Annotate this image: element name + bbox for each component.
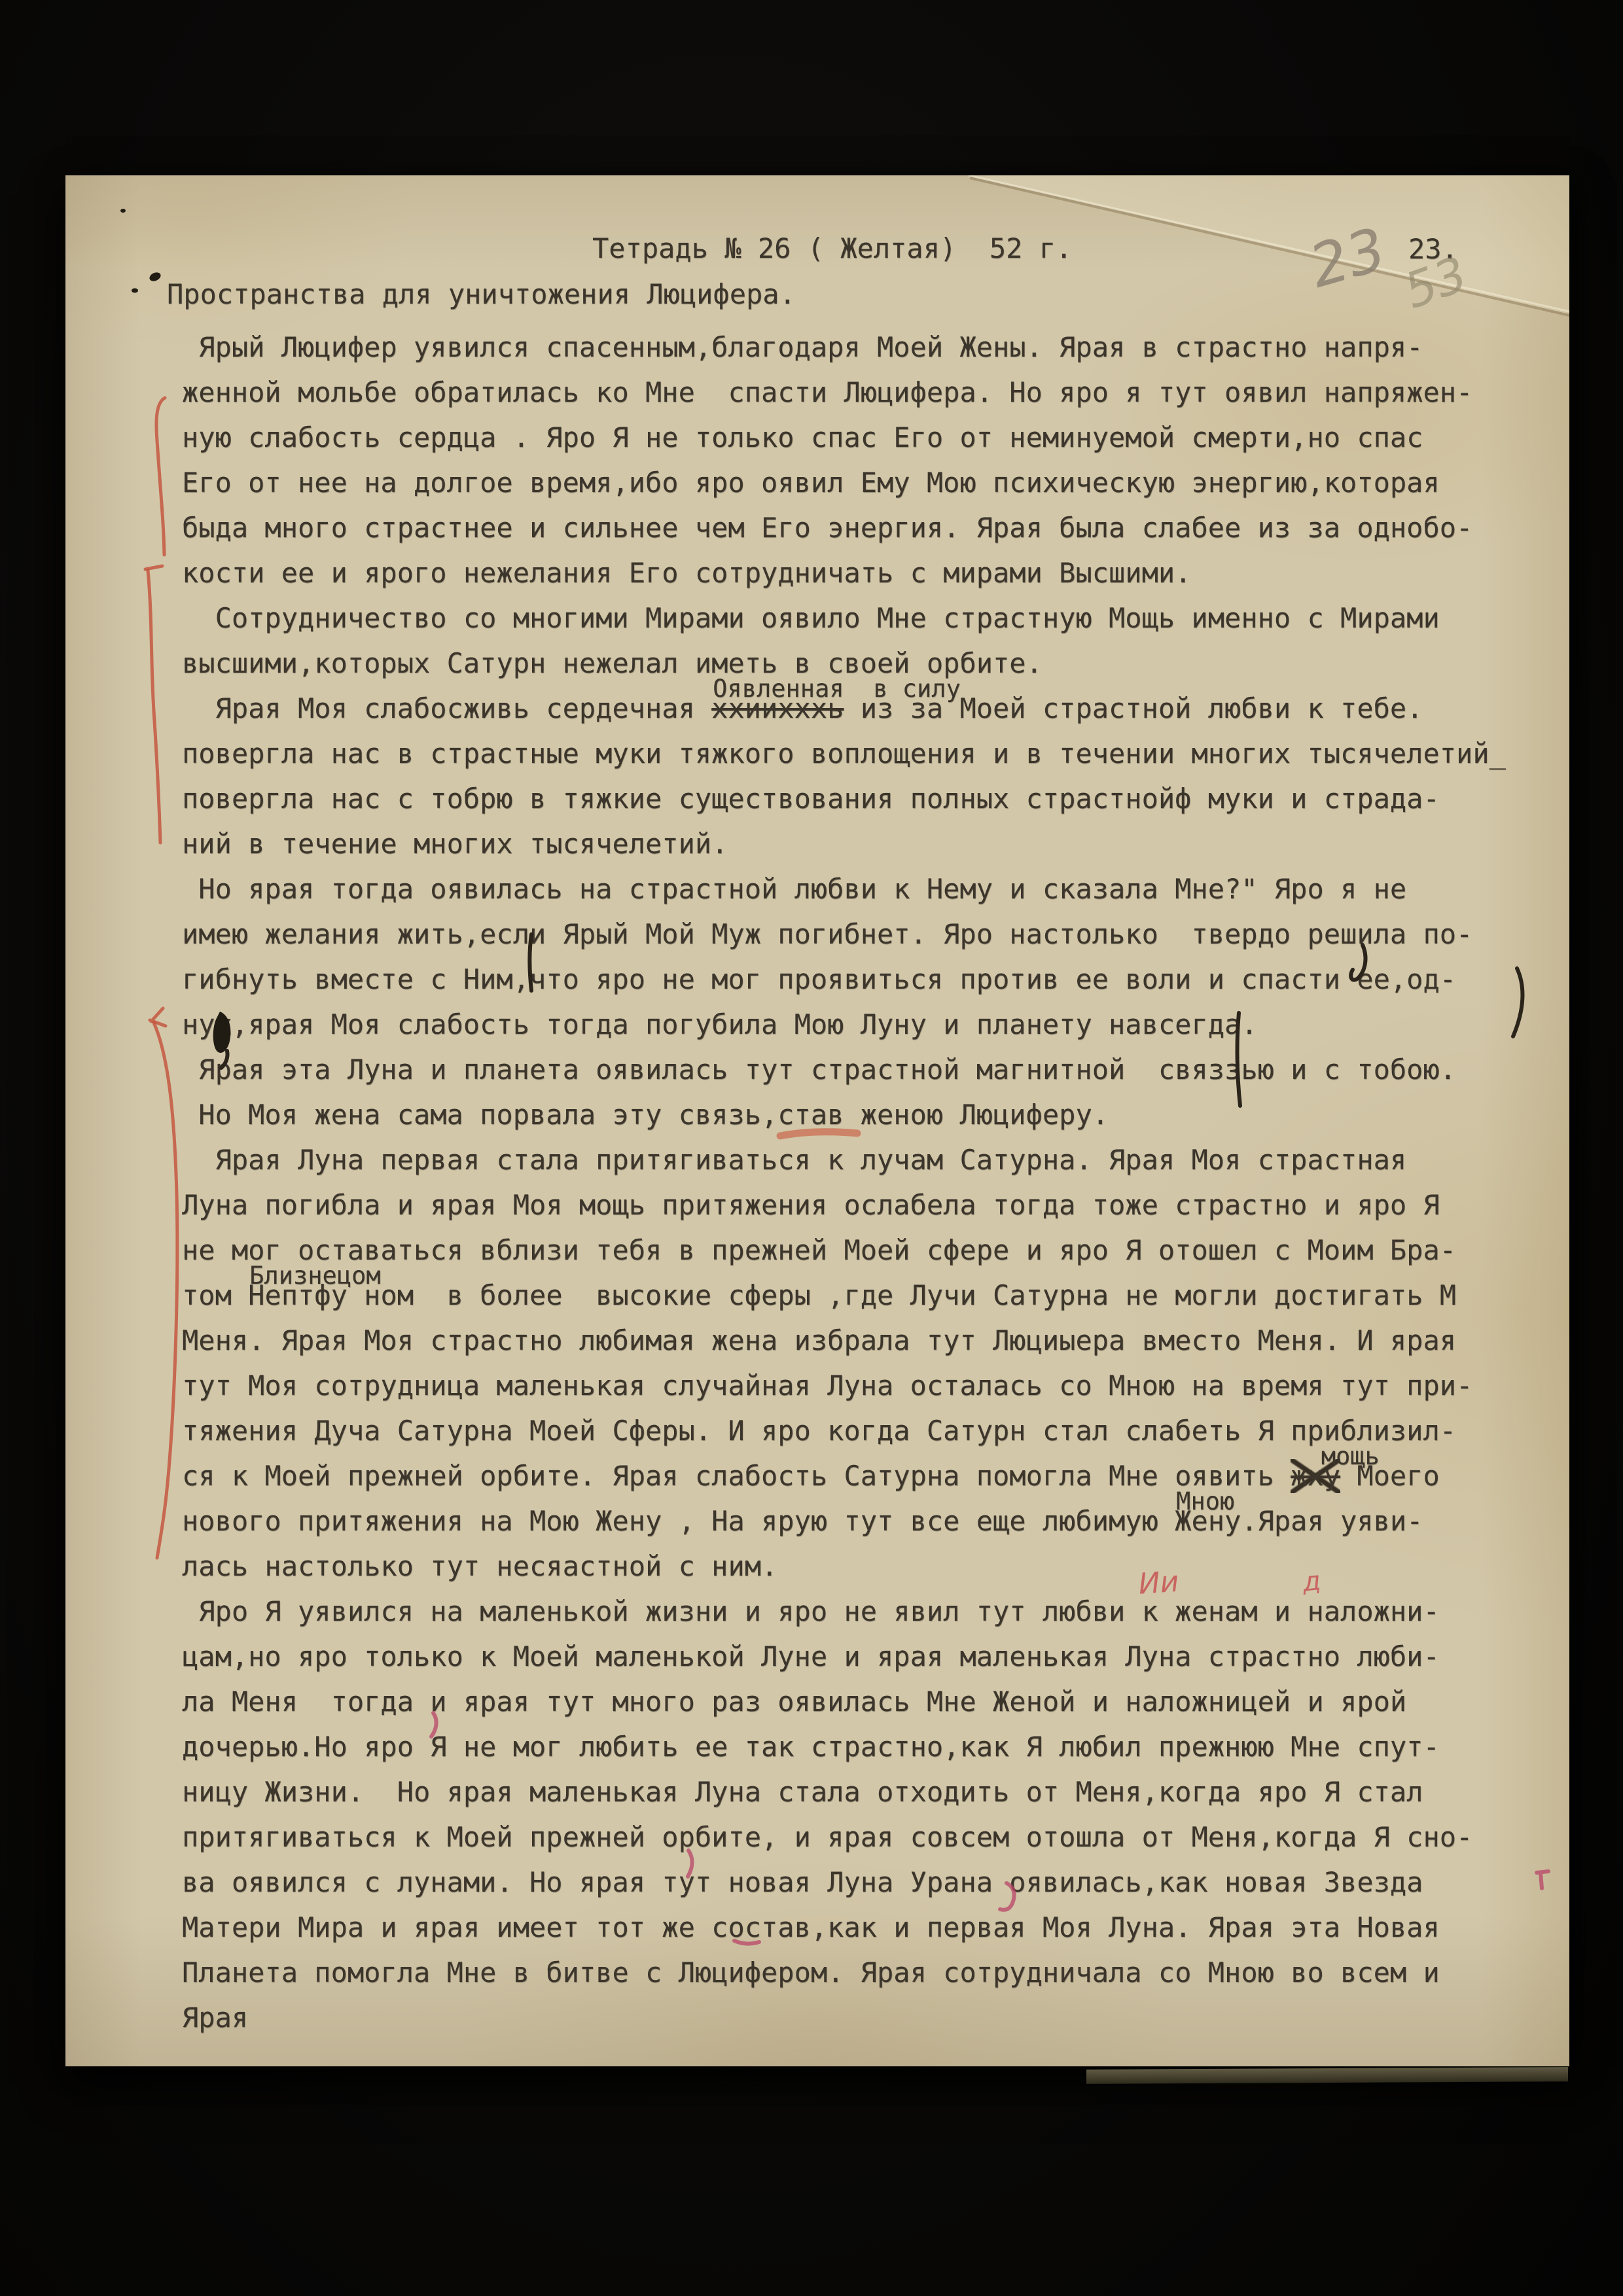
typed-text: ную слабость сердца . Яро Я не только сп…	[182, 421, 1423, 455]
typed-text: лась настолько тут несяастной с ним.	[182, 1549, 777, 1583]
typed-text: Моего	[1340, 1459, 1440, 1493]
text-line: Его от нее на долгое время,ибо яро оявил…	[182, 466, 1440, 511]
interline-insertion: Мною	[1176, 1485, 1234, 1519]
text-line: ную слабость сердца . Яро Я не только сп…	[182, 421, 1423, 466]
typed-text-block: Ярый Люцифер уявился спасенным,благодаря…	[182, 330, 1576, 2045]
typed-text: цам,но яро только к Моей маленькой Луне …	[182, 1640, 1440, 1674]
text-line: ва оявился с лунами. Но ярая тут новая Л…	[182, 1865, 1423, 1911]
text-line: Но Моя жена сама порвала эту связь,став …	[182, 1098, 1109, 1143]
text-line: лась настолько тут несяастной с ним.	[182, 1549, 777, 1595]
text-line: имею желания жить,если Ярый Мой Муж поги…	[182, 917, 1472, 963]
typed-text: из за Моей страстной любви к тебе.	[844, 692, 1423, 726]
text-line: ницу Жизни. Но ярая маленькая Луна стала…	[182, 1775, 1423, 1820]
text-line: Планета помогла Мне в битве с Люцифером.…	[182, 1956, 1440, 2001]
struck-text: жху мощь	[1291, 1459, 1340, 1493]
text-line: Сотрудничество со многими Мирами оявило …	[182, 601, 1440, 646]
typed-text: ницу Жизни. Но ярая маленькая Луна стала…	[182, 1775, 1423, 1809]
typed-text: Его от нее на долгое время,ибо яро оявил…	[182, 466, 1440, 500]
typed-text: ла Меня тогда и ярая тут много раз оявил…	[182, 1685, 1406, 1719]
typed-text: ний в течение многих тысячелетий.	[182, 827, 728, 861]
interline-insertion: Близнецом	[249, 1259, 380, 1293]
text-line: гибнуть вместе с Ним,что яро не мог проя…	[182, 963, 1456, 1008]
typed-text: гибнуть вместе с Ним,что яро не мог проя…	[182, 963, 1456, 997]
text-line: притягиваться к Моей прежней орбите, и я…	[182, 1820, 1472, 1865]
text-line: тут Моя сотрудница маленькая случайная Л…	[182, 1369, 1472, 1414]
typed-text: Ярая Луна первая стала притягиваться к л…	[182, 1143, 1406, 1177]
paper: Тетрадь № 26 ( Желтая) 52 г. 23. Простра…	[65, 175, 1569, 2066]
typed-text: повергла нас в страстные муки тяжкого во…	[182, 737, 1506, 771]
text-line: Ярая эта Луна и планета оявилась тут стр…	[182, 1053, 1456, 1098]
text-line: ний в течение многих тысячелетий.	[182, 827, 728, 872]
typed-text: Но Моя жена сама порвала эту связь,став …	[182, 1098, 1109, 1132]
text-line: повергла нас с тобрю в тяжкие существова…	[182, 782, 1440, 827]
text-line: ла Меня тогда и ярая тут много раз оявил…	[182, 1685, 1406, 1730]
typed-text: Жену.Мною	[1175, 1504, 1257, 1538]
text-line: цам,но яро только к Моей маленькой Луне …	[182, 1640, 1440, 1685]
pencil-page-number: 23	[1302, 215, 1393, 302]
typed-text: имею желания жить,если Ярый Мой Муж поги…	[182, 917, 1472, 951]
typed-text: нового притяжения на Мою Жену , На ярую …	[182, 1504, 1175, 1538]
typed-text: Луна погибла и ярая Моя мощь притяжения …	[182, 1188, 1440, 1222]
typed-text: ва оявился с лунами. Но ярая тут новая Л…	[182, 1865, 1423, 1899]
text-line: Ярая Моя слабосживь сердечная ххиихххьОя…	[182, 692, 1423, 737]
typed-text: притягиваться к Моей прежней орбите, и я…	[182, 1820, 1472, 1854]
text-line: повергла нас в страстные муки тяжкого во…	[182, 737, 1506, 782]
text-line: Ярая	[182, 2001, 248, 2046]
typed-text: быда много страстнее и сильнее чем Его э…	[182, 511, 1472, 545]
text-line: Матери Мира и ярая имеет тот же состав,к…	[182, 1911, 1440, 1956]
text-line: кости ее и ярого нежелания Его сотруднич…	[182, 556, 1191, 601]
typed-text: женной мольбе обратилась ко Мне спасти Л…	[182, 376, 1472, 410]
typed-text: Ярая уяви-	[1258, 1504, 1423, 1538]
text-line: тяжения Дуча Сатурна Моей Сферы. И яро к…	[182, 1414, 1456, 1459]
text-line: Ярый Люцифер уявился спасенным,благодаря…	[182, 330, 1423, 376]
typed-text: Ярая Моя слабосживь сердечная	[182, 692, 711, 726]
scan-background: Тетрадь № 26 ( Желтая) 52 г. 23. Простра…	[0, 0, 1623, 2296]
text-line: Меня. Ярая Моя страстно любимая жена изб…	[182, 1324, 1456, 1369]
typed-text: Но ярая тогда оявилась на страстной любв…	[182, 872, 1406, 906]
typed-text: Меня. Ярая Моя страстно любимая жена изб…	[182, 1324, 1456, 1358]
typed-text: тут Моя сотрудница маленькая случайная Л…	[182, 1369, 1472, 1403]
text-line: нуж,ярая Моя слабость тогда погубила Мою…	[182, 1008, 1258, 1053]
typed-text: Ярый Люцифер уявился спасенным,благодаря…	[182, 330, 1423, 364]
typed-text: Яро Я уявился на маленькой жизни и яро н…	[182, 1595, 1440, 1629]
typed-text: в более высокие сферы ,где Лучи Сатурна …	[414, 1279, 1456, 1313]
typed-text: Сотрудничество со многими Мирами оявило …	[182, 601, 1440, 635]
typed-text: ся к Моей прежней орбите. Ярая слабость …	[182, 1459, 1291, 1493]
typed-text: нуж,ярая Моя слабость тогда погубила Мою…	[182, 1008, 1258, 1042]
text-line: Яро Я уявился на маленькой жизни и яро н…	[182, 1595, 1440, 1640]
notebook-title: Тетрадь № 26 ( Желтая) 52 г.	[592, 232, 1072, 264]
typed-text: Планета помогла Мне в битве с Люцифером.…	[182, 1956, 1440, 1990]
text-line: быда много страстнее и сильнее чем Его э…	[182, 511, 1472, 556]
typed-text: том	[182, 1279, 248, 1313]
text-line: Ярая Луна первая стала притягиваться к л…	[182, 1143, 1406, 1188]
typed-text: дочерью.Но яро Я не мог любить ее так ст…	[182, 1730, 1440, 1764]
text-line: том Нептфу номБлизнецом в более высокие …	[182, 1279, 1456, 1324]
text-line: Но ярая тогда оявилась на страстной любв…	[182, 872, 1406, 917]
text-line: нового притяжения на Мою Жену , На ярую …	[182, 1504, 1423, 1549]
typed-text: Ярая эта Луна и планета оявилась тут стр…	[182, 1053, 1456, 1087]
text-line: женной мольбе обратилась ко Мне спасти Л…	[182, 376, 1472, 421]
text-line: ся к Моей прежней орбите. Ярая слабость …	[182, 1459, 1440, 1504]
struck-text: ххиихххьОявленная в силу	[711, 692, 844, 726]
page-number-typed: 23.	[1408, 233, 1458, 265]
text-line: дочерью.Но яро Я не мог любить ее так ст…	[182, 1730, 1440, 1775]
typed-text: тяжения Дуча Сатурна Моей Сферы. И яро к…	[182, 1414, 1456, 1448]
text-line: Луна погибла и ярая Моя мощь притяжения …	[182, 1188, 1440, 1233]
typed-text: повергла нас с тобрю в тяжкие существова…	[182, 782, 1440, 816]
typed-text: Нептфу номБлизнецом	[248, 1279, 414, 1313]
under-sheet-edge	[1086, 2067, 1568, 2084]
typed-text: кости ее и ярого нежелания Его сотруднич…	[182, 556, 1191, 590]
typed-text: Ярая	[182, 2001, 248, 2035]
document-title: Пространства для уничтожения Люцифера.	[167, 278, 796, 310]
typed-text: Матери Мира и ярая имеет тот же состав,к…	[182, 1911, 1440, 1945]
